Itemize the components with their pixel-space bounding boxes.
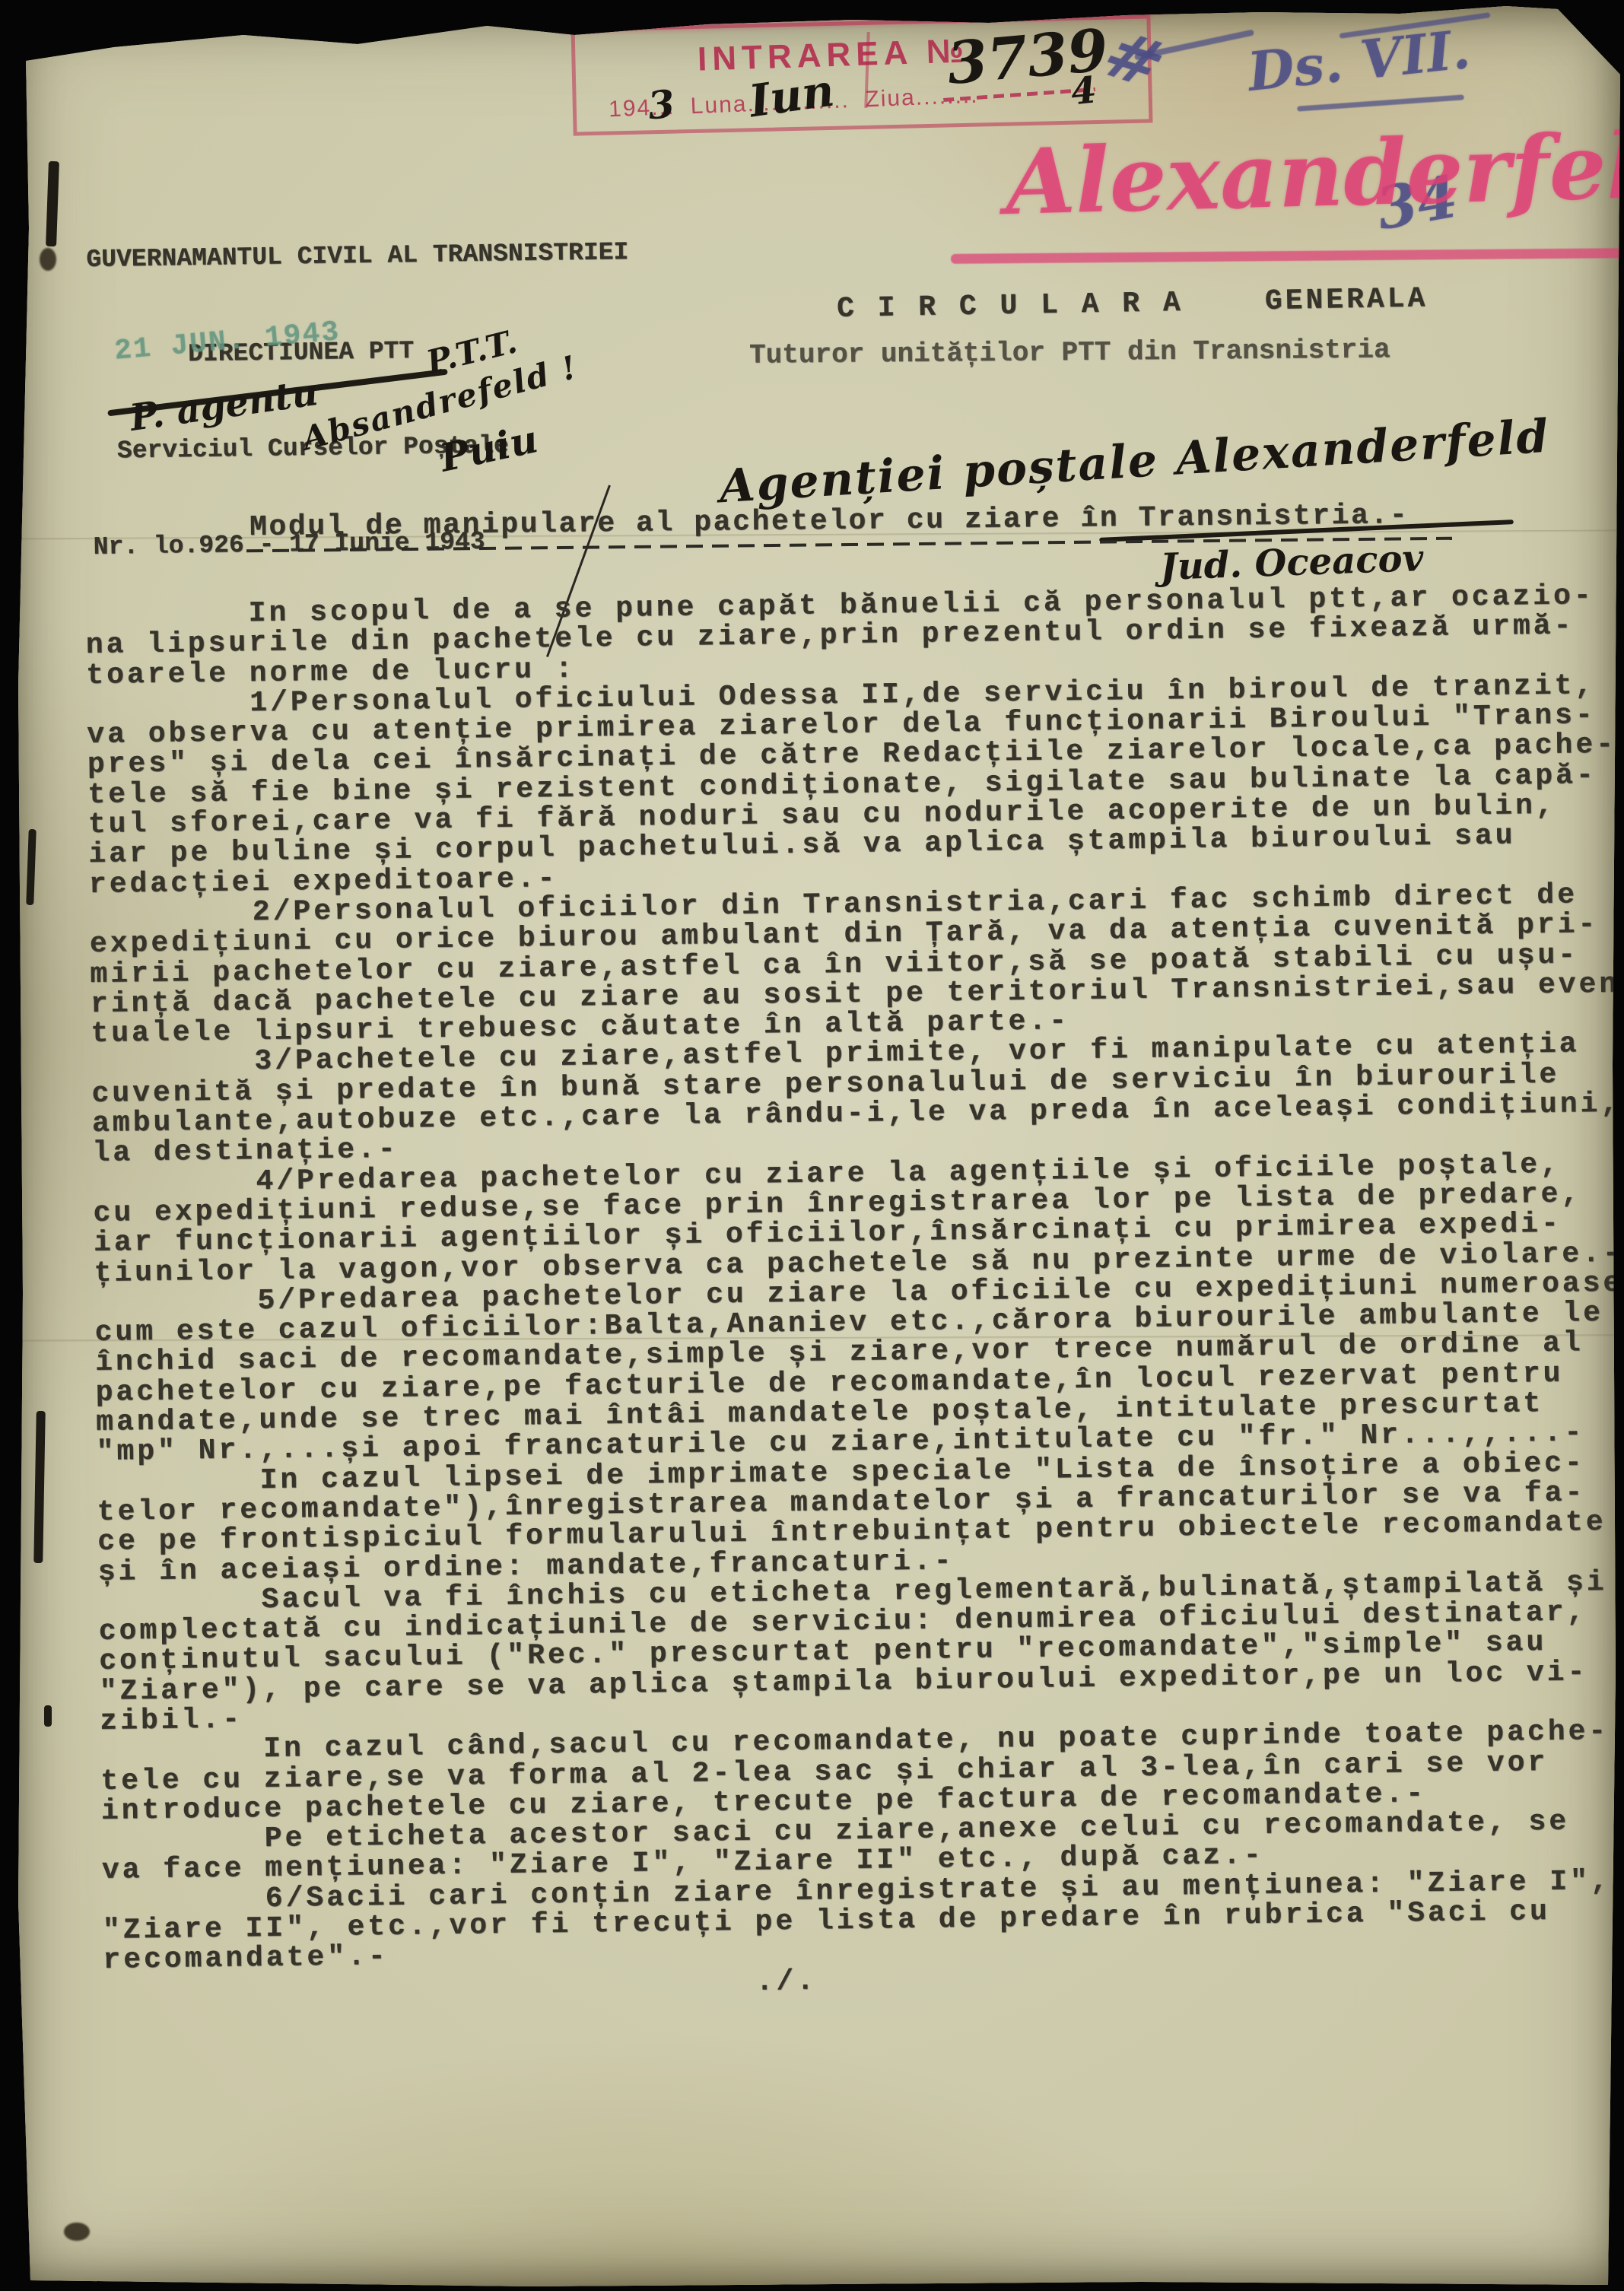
red-pencil-name: Alexanderfeld <box>1004 111 1624 235</box>
ink-margin-stroke <box>46 161 59 246</box>
ink-addressee-line2: Jud. Oceacov <box>1159 537 1424 589</box>
typewritten-body: In scopul de a se pune capăt bănuelii că… <box>85 580 1624 2005</box>
typed-addressee: Tuturor unităților PTT din Transnistria <box>749 334 1390 370</box>
punch-hole <box>64 2223 90 2241</box>
red-pencil-underline <box>951 248 1624 264</box>
ink-margin-stroke <box>33 1411 45 1563</box>
ink-margin-stroke <box>26 829 36 905</box>
stamp-year-handwritten: 3 <box>646 81 677 128</box>
document-page: INTRAREA № 194... Luna............. Ziua… <box>0 0 1624 2291</box>
letterhead-line: GUVERNAMANTUL CIVIL AL TRANSNISTRIEI <box>86 237 628 276</box>
pencil-underline <box>1297 94 1464 111</box>
red-edge-speck <box>11 943 17 978</box>
scan-background: INTRAREA № 194... Luna............. Ziua… <box>0 0 1624 2291</box>
circular-heading: C I R C U L A R A GENERALA <box>837 282 1429 326</box>
ink-addressee-line1: Agenției poștale Alexanderfeld <box>718 410 1551 514</box>
ink-margin-tick <box>44 1705 52 1727</box>
punch-hole <box>40 248 56 271</box>
